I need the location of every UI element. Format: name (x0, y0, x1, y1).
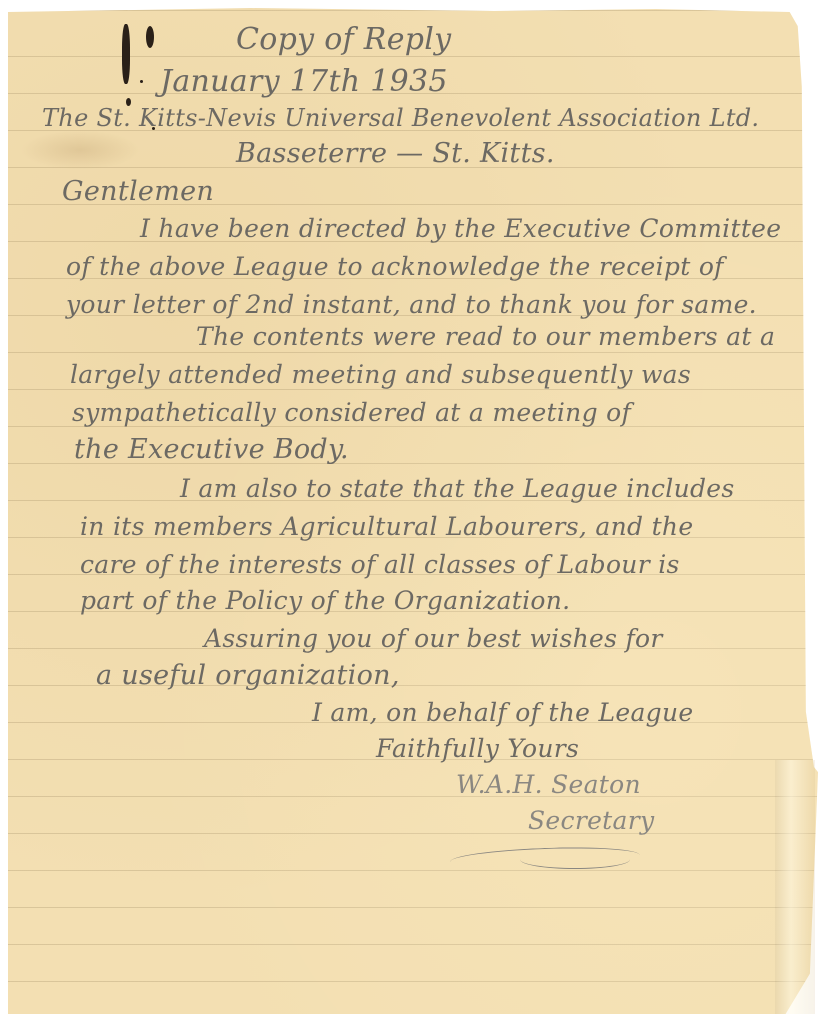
addressee-line-2: Basseterre — St. Kitts. (236, 138, 555, 169)
signatory-title: Secretary (528, 806, 654, 835)
body-line-12: Assuring you of our best wishes for (204, 624, 663, 653)
body-line-7: the Executive Body. (74, 434, 349, 465)
body-line-5: largely attended meeting and subsequentl… (70, 360, 691, 389)
body-line-4: The contents were read to our members at… (196, 322, 775, 351)
paper-fold (775, 760, 815, 1014)
addressee-line-1: The St. Kitts-Nevis Universal Benevolent… (42, 104, 759, 132)
ink-blot (122, 24, 130, 84)
letter-heading: Copy of Reply (236, 22, 451, 57)
ink-blot (146, 26, 154, 48)
signature: W.A.H. Seaton (456, 770, 641, 799)
body-line-11: part of the Policy of the Organization. (80, 586, 570, 615)
body-line-10: care of the interests of all classes of … (80, 550, 680, 579)
signature-flourish-tail (520, 850, 630, 869)
body-line-3: your letter of 2nd instant, and to thank… (66, 290, 757, 319)
body-line-2: of the above League to acknowledge the r… (66, 252, 724, 281)
body-line-13: a useful organization, (96, 660, 400, 691)
closing-line-2: Faithfully Yours (376, 734, 579, 763)
body-line-1: I have been directed by the Executive Co… (140, 214, 781, 243)
ink-blot (140, 80, 143, 83)
body-line-9: in its members Agricultural Labourers, a… (80, 512, 693, 541)
body-line-8: I am also to state that the League inclu… (180, 474, 735, 503)
closing-line-1: I am, on behalf of the League (312, 698, 693, 727)
body-line-6: sympathetically considered at a meeting … (72, 398, 631, 427)
salutation: Gentlemen (62, 176, 214, 207)
letter-date: January 17th 1935 (160, 64, 448, 99)
paper-stain (20, 130, 140, 170)
